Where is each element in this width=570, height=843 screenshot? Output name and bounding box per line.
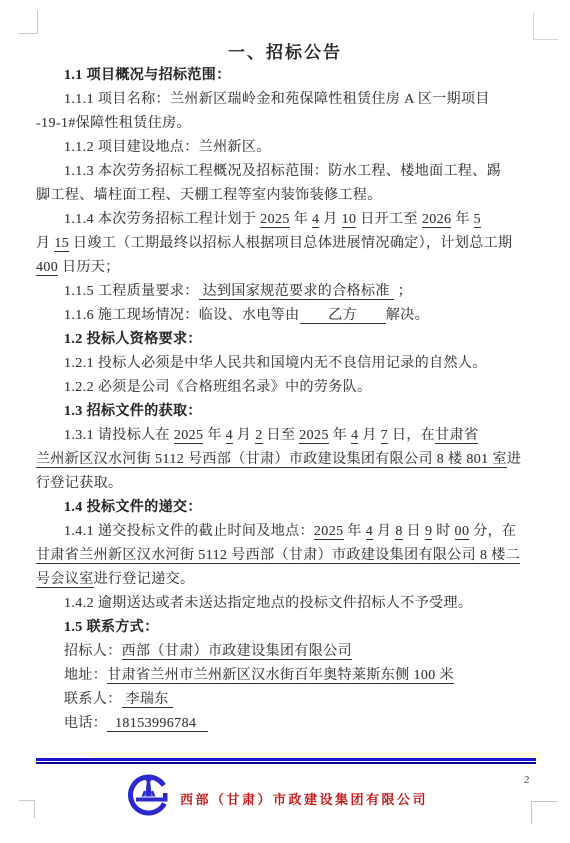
text-segment: 日，在 — [388, 428, 435, 443]
text-line: 1.3 招标文件的获取： — [36, 400, 536, 424]
text-line: -19-1#保障性租赁住房。 — [36, 112, 536, 136]
text-line: 电话： 18153996784 — [36, 712, 536, 736]
text-segment: 年 — [451, 212, 473, 227]
tender-document-page: 一、招标公告 1.1 项目概况与招标范围：1.1.1 项目名称：兰州新区瑞岭金和… — [0, 0, 570, 843]
underlined-text: 甘肃省兰州市兰州新区汉水街百年奥特莱斯东侧 100 米 — [107, 668, 454, 684]
text-segment: 1.2 投标人资格要求： — [64, 332, 202, 347]
text-segment: 地址： — [64, 668, 107, 683]
document-title: 一、招标公告 — [36, 43, 534, 62]
text-line: 400 日历天； — [36, 256, 536, 280]
text-line: 1.1 项目概况与招标范围： — [36, 64, 536, 88]
underlined-text: 00 — [455, 524, 470, 540]
underlined-text: 号会议室 — [36, 572, 94, 588]
text-line: 1.5 联系方式： — [36, 616, 536, 640]
underlined-text: 15 — [54, 236, 69, 252]
text-line: 1.1.4 本次劳务招标工程计划于 2025 年 4 月 10 日开工至 202… — [36, 208, 536, 232]
text-segment: 脚工程、墙柱面工程、天棚工程等室内装饰装修工程。 — [36, 188, 382, 203]
footer-divider-thick-line — [36, 758, 536, 761]
document-body: 1.1 项目概况与招标范围：1.1.1 项目名称：兰州新区瑞岭金和苑保障性租赁住… — [36, 64, 536, 736]
underlined-text: 4 — [366, 524, 373, 540]
text-segment: 进行登记递交。 — [94, 572, 195, 587]
text-line: 1.1.6 施工现场情况：临设、水电等由 乙方 解决。 — [36, 304, 536, 328]
text-segment: 1.1 项目概况与招标范围： — [64, 68, 231, 83]
text-segment: 1.1.5 工程质量要求： — [64, 284, 199, 299]
text-segment: 月 — [319, 212, 341, 227]
underlined-text: 10 — [342, 212, 357, 228]
text-segment: 1.3.1 请投标人在 — [64, 428, 174, 443]
text-segment: 行登记获取。 — [36, 476, 122, 491]
text-segment: 1.1.3 本次劳务招标工程概况及招标范围：防水工程、楼地面工程、踢 — [64, 164, 501, 179]
text-line: 1.4.2 逾期送达或者未送达指定地点的投标文件招标人不予受理。 — [36, 592, 536, 616]
text-segment: 日历天； — [58, 260, 120, 275]
crop-mark-top-left — [18, 10, 38, 34]
text-segment: 1.2.2 必须是公司《合格班组名录》中的劳务队。 — [64, 380, 372, 395]
text-segment: 1.5 联系方式： — [64, 620, 159, 635]
text-segment: 电话： — [64, 716, 107, 731]
underlined-text: 18153996784 — [107, 716, 208, 732]
text-line: 招标人：西部（甘肃）市政建设集团有限公司 — [36, 640, 536, 664]
text-segment: 联系人： — [64, 692, 122, 707]
text-segment: 月 — [373, 524, 395, 539]
underlined-text: 达到国家规范要求的合格标准 — [199, 284, 394, 300]
underlined-text: 8 — [395, 524, 402, 540]
text-segment: 1.4.1 递交投标文件的截止时间及地点： — [64, 524, 314, 539]
text-line: 1.4 投标文件的递交： — [36, 496, 536, 520]
text-segment: 年 — [203, 428, 225, 443]
text-segment: 日竣工（工期最终以招标人根据项目总体进展情况确定），计划总工期 — [69, 236, 512, 251]
text-line: 月 15 日竣工（工期最终以招标人根据项目总体进展情况确定），计划总工期 — [36, 232, 536, 256]
page-number: 2 — [524, 774, 530, 786]
text-line: 地址：甘肃省兰州市兰州新区汉水街百年奥特莱斯东侧 100 米 — [36, 664, 536, 688]
underlined-text: 7 — [381, 428, 388, 444]
text-line: 1.1.1 项目名称：兰州新区瑞岭金和苑保障性租赁住房 A 区一期项目 — [36, 88, 536, 112]
text-line: 甘肃省兰州新区汉水河街 5112 号西部（甘肃）市政建设集团有限公司 8 楼二 — [36, 544, 536, 568]
footer-company-name: 西部（甘肃）市政建设集团有限公司 — [180, 789, 480, 808]
text-line: 1.3.1 请投标人在 2025 年 4 月 2 日至 2025 年 4 月 7… — [36, 424, 536, 448]
underlined-text: 400 — [36, 260, 58, 276]
text-segment: 月 — [36, 236, 54, 251]
footer-divider-thin-line — [36, 762, 536, 764]
text-segment: 1.3 招标文件的获取： — [64, 404, 202, 419]
text-segment: 日开工至 — [356, 212, 421, 227]
text-segment: 时 — [432, 524, 454, 539]
text-segment: 招标人： — [64, 644, 122, 659]
text-segment: 1.1.1 项目名称：兰州新区瑞岭金和苑保障性租赁住房 A 区一期项目 — [64, 92, 490, 107]
text-line: 行登记获取。 — [36, 472, 536, 496]
underlined-text: 甘肃省 — [435, 428, 478, 444]
text-line: 1.1.2 项目建设地点：兰州新区。 — [36, 136, 536, 160]
text-segment: 分，在 — [469, 524, 516, 539]
underlined-text: 2026 — [422, 212, 452, 228]
text-segment: 日 — [403, 524, 425, 539]
text-line: 1.4.1 递交投标文件的截止时间及地点：2025 年 4 月 8 日 9 时 … — [36, 520, 536, 544]
text-line: 号会议室进行登记递交。 — [36, 568, 536, 592]
underlined-text: 5 — [474, 212, 481, 228]
text-segment: 1.1.2 项目建设地点：兰州新区。 — [64, 140, 271, 155]
text-line: 1.1.5 工程质量要求： 达到国家规范要求的合格标准 ； — [36, 280, 536, 304]
text-line: 1.2.2 必须是公司《合格班组名录》中的劳务队。 — [36, 376, 536, 400]
text-segment: 日至 — [263, 428, 300, 443]
underlined-text: 甘肃省兰州新区汉水河街 5112 号西部（甘肃）市政建设集团有限公司 8 楼二 — [36, 548, 520, 564]
text-segment: 1.1.4 本次劳务招标工程计划于 — [64, 212, 260, 227]
underlined-text: 西部（甘肃）市政建设集团有限公司 — [122, 644, 352, 660]
text-line: 联系人： 李瑞东 — [36, 688, 536, 712]
crop-mark-bottom-right — [531, 801, 558, 824]
text-segment: 1.4.2 逾期送达或者未送达指定地点的投标文件招标人不予受理。 — [64, 596, 472, 611]
crop-mark-top-right — [533, 13, 558, 40]
underlined-text: 乙方 — [300, 308, 386, 324]
footer-divider — [36, 758, 536, 764]
text-line: 1.1.3 本次劳务招标工程概况及招标范围：防水工程、楼地面工程、踢 — [36, 160, 536, 184]
text-segment: -19-1#保障性租赁住房。 — [36, 116, 191, 131]
underlined-text: 2025 — [314, 524, 344, 540]
text-segment: ； — [394, 284, 412, 299]
text-segment: 年 — [329, 428, 351, 443]
crop-mark-bottom-left — [19, 800, 35, 818]
underlined-text: 2 — [255, 428, 262, 444]
underlined-text: 2025 — [174, 428, 204, 444]
text-line: 兰州新区汉水河街 5112 号西部（甘肃）市政建设集团有限公司 8 楼 801 … — [36, 448, 536, 472]
text-segment: 1.1.6 施工现场情况：临设、水电等由 — [64, 308, 300, 323]
text-segment: 年 — [344, 524, 366, 539]
underlined-text: 2025 — [299, 428, 329, 444]
underlined-text: 李瑞东 — [122, 692, 173, 708]
text-line: 1.2 投标人资格要求： — [36, 328, 536, 352]
company-logo-icon — [127, 772, 171, 818]
text-segment: 1.2.1 投标人必须是中华人民共和国境内无不良信用记录的自然人。 — [64, 356, 487, 371]
text-segment: 进 — [507, 452, 521, 467]
underlined-text: 4 — [226, 428, 233, 444]
text-line: 脚工程、墙柱面工程、天棚工程等室内装饰装修工程。 — [36, 184, 536, 208]
underlined-text: 兰州新区汉水河街 5112 号西部（甘肃）市政建设集团有限公司 8 楼 801 … — [36, 452, 507, 468]
text-segment: 年 — [290, 212, 312, 227]
underlined-text: 2025 — [260, 212, 290, 228]
text-segment: 解决。 — [386, 308, 429, 323]
text-segment: 1.4 投标文件的递交： — [64, 500, 202, 515]
text-segment: 月 — [233, 428, 255, 443]
text-segment: 月 — [358, 428, 380, 443]
text-line: 1.2.1 投标人必须是中华人民共和国境内无不良信用记录的自然人。 — [36, 352, 536, 376]
